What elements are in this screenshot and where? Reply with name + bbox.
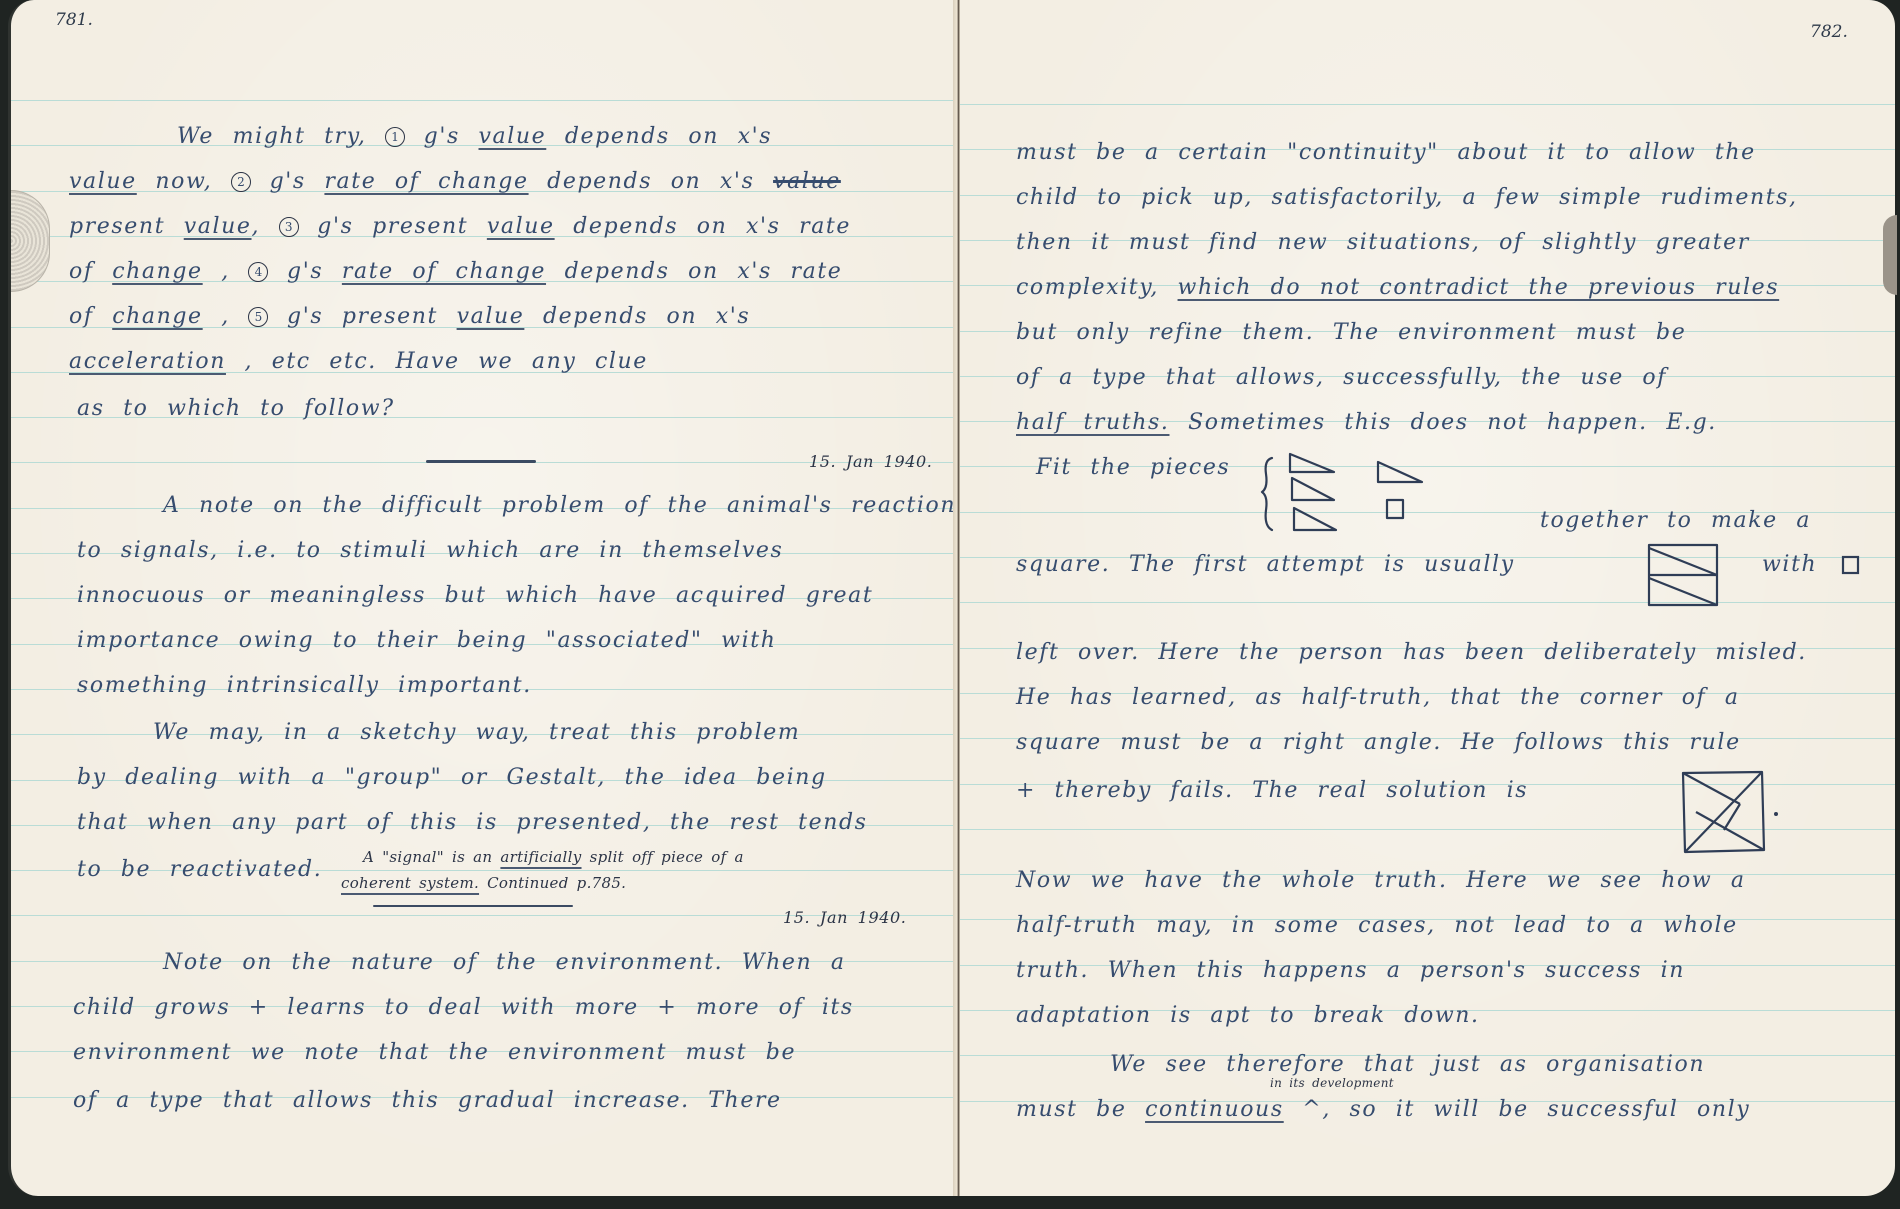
- underlined-term: rate of change: [342, 259, 546, 284]
- ruled-line: [960, 104, 1895, 105]
- circled-number-icon: 5: [248, 307, 268, 327]
- note-line: half truths. Sometimes this does not hap…: [1016, 410, 1717, 435]
- underlined-term: value: [69, 169, 137, 194]
- underlined-term: value: [479, 124, 547, 149]
- real-solution-sketch: [1680, 770, 1780, 856]
- formula-line: of change , 5 g's present value depends …: [69, 304, 750, 329]
- text-segment: present: [69, 214, 184, 239]
- text-segment: depends on x's rate: [555, 214, 851, 239]
- circled-number-icon: 4: [248, 262, 268, 282]
- annotation-underline: [373, 905, 573, 907]
- formula-line: acceleration , etc etc. Have we any clue: [69, 349, 648, 374]
- formula-line: as to which to follow?: [77, 396, 395, 421]
- left-page: 781. We might try, 1 g's value depends o…: [8, 0, 961, 1196]
- text-segment: g's: [251, 169, 324, 194]
- ruled-line: [11, 100, 961, 101]
- underlined-term: value: [457, 304, 525, 329]
- text-segment: as to which to follow?: [77, 396, 395, 421]
- note-line: but only refine them. The environment mu…: [1016, 320, 1686, 345]
- text-segment: depends on x's rate: [546, 259, 842, 284]
- note-line: by dealing with a "group" or Gestalt, th…: [77, 765, 827, 790]
- note-line: square must be a right angle. He follows…: [1016, 730, 1741, 755]
- note-line: child to pick up, satisfactorily, a few …: [1016, 185, 1798, 210]
- fit-the-pieces-label: Fit the pieces: [1036, 455, 1230, 480]
- note-line: then it must find new situations, of sli…: [1016, 230, 1750, 255]
- note-line: to signals, i.e. to stimuli which are in…: [77, 538, 783, 563]
- text-segment: value: [773, 169, 841, 194]
- note-line: that when any part of this is presented,…: [77, 810, 868, 835]
- circled-number-icon: 1: [385, 127, 405, 147]
- underlined-term: value: [184, 214, 252, 239]
- note-line: must be continuous ^, so it will be succ…: [1016, 1097, 1750, 1122]
- section-divider: [426, 460, 536, 463]
- ruled-line: [960, 602, 1895, 603]
- note-line: environment we note that the environment…: [73, 1040, 796, 1065]
- first-attempt-sketch: [1646, 542, 1720, 608]
- puzzle-pieces-sketch: [1260, 450, 1440, 540]
- note-line: We see therefore that just as organisati…: [1110, 1052, 1705, 1077]
- page-number-right: 782.: [1810, 22, 1848, 42]
- text-segment: g's: [405, 124, 478, 149]
- note-line: of a type that allows, successfully, the…: [1016, 365, 1667, 390]
- note-line: A note on the difficult problem of the a…: [163, 493, 956, 518]
- text-segment: depends on x's: [524, 304, 750, 329]
- first-attempt-label: square. The first attempt is usually: [1016, 552, 1515, 577]
- note-line: innocuous or meaningless but which have …: [77, 583, 873, 608]
- text-segment: We might try,: [177, 124, 385, 149]
- formula-line: present value, 3 g's present value depen…: [69, 214, 851, 239]
- text-segment: g's present: [268, 304, 456, 329]
- underlined-term: change: [112, 259, 202, 284]
- text-segment: , etc etc. Have we any clue: [226, 349, 648, 374]
- note-line: importance owing to their being "associa…: [77, 628, 776, 653]
- formula-line: of change , 4 g's rate of change depends…: [69, 259, 842, 284]
- note-line: complexity, which do not contradict the …: [1016, 275, 1779, 300]
- text-segment: depends on x's: [546, 124, 772, 149]
- text-segment: g's present: [299, 214, 487, 239]
- text-segment: ,: [203, 259, 249, 284]
- page-number-left: 781.: [55, 10, 93, 30]
- date-entry-1: 15. Jan 1940.: [809, 452, 932, 471]
- text-segment: ,: [252, 214, 279, 239]
- note-line: of a type that allows this gradual incre…: [73, 1088, 782, 1113]
- text-segment: of: [69, 259, 112, 284]
- underlined-term: rate of change: [324, 169, 528, 194]
- note-line: half-truth may, in some cases, not lead …: [1016, 913, 1738, 938]
- note-line: He has learned, as half-truth, that the …: [1016, 685, 1740, 710]
- circled-number-icon: 3: [279, 217, 299, 237]
- note-line: adaptation is apt to break down.: [1016, 1003, 1480, 1028]
- leftover-square-sketch: [1840, 554, 1862, 576]
- note-line: must be a certain "continuity" about it …: [1016, 140, 1756, 165]
- note-line: Now we have the whole truth. Here we see…: [1016, 868, 1746, 893]
- date-entry-2: 15. Jan 1940.: [783, 908, 906, 927]
- together-label: together to make a: [1540, 508, 1811, 533]
- text-segment: now,: [137, 169, 231, 194]
- text-segment: g's: [268, 259, 341, 284]
- text-segment: of: [69, 304, 112, 329]
- thumb-index-notch: [1883, 215, 1897, 295]
- underlined-term: change: [112, 304, 202, 329]
- underlined-term: acceleration: [69, 349, 226, 374]
- formula-line: value now, 2 g's rate of change depends …: [69, 169, 841, 194]
- text-segment: ,: [203, 304, 249, 329]
- insertion-note: in its development: [1270, 1076, 1394, 1090]
- note-line: child grows + learns to deal with more +…: [73, 995, 854, 1020]
- margin-annotation-line-1: A "signal" is an artificially split off …: [363, 848, 744, 866]
- text-segment: depends on x's: [529, 169, 773, 194]
- margin-annotation-line-2: coherent system. Continued p.785.: [341, 874, 626, 892]
- note-line: Note on the nature of the environment. W…: [163, 950, 846, 975]
- note-line: to be reactivated.: [77, 857, 322, 882]
- real-solution-label: + thereby fails. The real solution is: [1016, 778, 1528, 803]
- formula-line: We might try, 1 g's value depends on x's: [177, 124, 772, 149]
- note-line: something intrinsically important.: [77, 673, 532, 698]
- underlined-term: value: [487, 214, 555, 239]
- right-page: 782. must be a certain "continuity" abou…: [960, 0, 1895, 1196]
- circled-number-icon: 2: [231, 172, 251, 192]
- with-label: with: [1762, 552, 1817, 577]
- note-line: We may, in a sketchy way, treat this pro…: [153, 720, 800, 745]
- note-line: truth. When this happens a person's succ…: [1016, 958, 1685, 983]
- note-line: left over. Here the person has been deli…: [1016, 640, 1807, 665]
